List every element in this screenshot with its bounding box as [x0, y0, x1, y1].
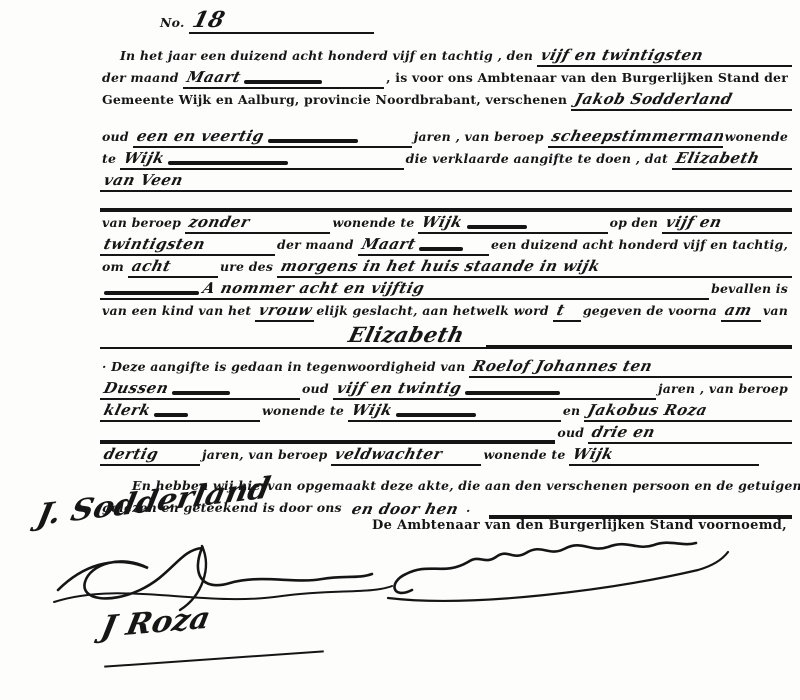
- p2-line1-print-a: oud: [100, 127, 133, 148]
- p4-line5-print-a: jaren, van beroep: [200, 445, 331, 466]
- child-name-slot: Elizabeth: [327, 323, 486, 349]
- official-signature-flourish: [382, 532, 732, 604]
- birth-month-value: Maart: [359, 235, 417, 254]
- ink-bar: [268, 139, 358, 143]
- p4-line2-print-a: oud: [300, 379, 333, 400]
- witness2-occupation-value: veldwachter: [333, 445, 445, 464]
- p4-line3-print-b: en: [561, 401, 584, 422]
- witness2-signature-underline: [104, 650, 324, 667]
- p2-line3: van Veen: [100, 171, 792, 192]
- witness1-surname-slot: Dussen: [100, 379, 300, 400]
- child-name-value: Elizabeth: [346, 323, 467, 347]
- document-body: No. 18 In het jaar een duizend acht hond…: [100, 8, 792, 520]
- certificate-number-line: No. 18: [100, 8, 792, 34]
- p4-line2: Dussen oud vijf en twintig jaren , van b…: [100, 379, 792, 400]
- declarant-residence-value: Wijk: [122, 149, 167, 168]
- witness2-name-slot: Jakobus Roza: [584, 401, 792, 422]
- blank-ruled-line: [100, 202, 792, 212]
- date-day-slot: vijf en twintigsten: [537, 46, 792, 67]
- p2-line1: oud een en veertig jaren , van beroep sc…: [100, 127, 792, 148]
- mother-occupation-slot: zonder: [185, 213, 330, 234]
- house-number-value: A nommer acht en vijftig: [201, 279, 427, 298]
- ink-bar: [396, 413, 476, 417]
- month-slot: Maart: [183, 68, 384, 89]
- witness2-age-value-part1: drie en: [590, 423, 658, 442]
- witness1-name-value: Roelof Johannes ten: [471, 357, 655, 376]
- ruled-line: [486, 345, 792, 349]
- p1-line1-print: In het jaar een duizend acht honderd vij…: [118, 46, 537, 67]
- ruled-line: [100, 440, 555, 444]
- p1-line2-print-a: der maand: [100, 68, 183, 89]
- p3-line2-print-b: een duizend acht honderd vijf en tachtig…: [489, 235, 792, 256]
- birth-day-continued-slot: twintigsten: [100, 235, 275, 256]
- witness1-residence-value: Wijk: [350, 401, 395, 420]
- word-suffix-slot: t: [553, 301, 581, 322]
- p3-line3-print-b: ure des: [218, 257, 277, 278]
- declarant-occupation-slot: scheepstimmerman: [548, 127, 723, 148]
- birth-hour-slot: acht: [128, 257, 218, 278]
- witness2-age-continued-slot: dertig: [100, 445, 200, 466]
- p2-line2-print-a: te: [100, 149, 120, 170]
- month-value: Maart: [184, 68, 242, 87]
- declarant-name-slot: Jakob Sodderland: [571, 90, 792, 111]
- witness1-signature-flourish: [52, 538, 397, 616]
- mother-residence-slot: Wijk: [418, 213, 607, 234]
- witness1-name-slot: Roelof Johannes ten: [469, 357, 792, 378]
- ink-bar: [104, 291, 199, 295]
- p3-line1-print-c: op den: [608, 213, 662, 234]
- p2-line2: te Wijk die verklaarde aangifte te doen …: [100, 149, 792, 170]
- p4-line3: klerk wonende te Wijk en Jakobus Roza: [100, 401, 792, 422]
- birth-place-value: morgens in het huis staande in wijk: [279, 257, 602, 276]
- birth-place-slot: morgens in het huis staande in wijk: [277, 257, 792, 278]
- p3-line1-print-a: van beroep: [100, 213, 185, 234]
- p2-line1-print-b: jaren , van beroep: [412, 127, 548, 148]
- p3-line6: Elizabeth: [100, 323, 792, 349]
- mother-firstname-slot: Elizabeth: [672, 149, 792, 170]
- declarant-age-slot: een en veertig: [133, 127, 412, 148]
- certificate-number-slot: 18: [189, 8, 374, 34]
- witness1-residence-slot: Wijk: [348, 401, 561, 422]
- ink-bar: [172, 391, 230, 395]
- witness1-occupation-value: klerk: [102, 401, 153, 420]
- child-sex-slot: vrouw: [255, 301, 314, 322]
- ink-bar: [244, 80, 322, 84]
- birth-certificate-document: No. 18 In het jaar een duizend acht hond…: [0, 0, 800, 700]
- p4-line2-print-b: jaren , van beroep: [656, 379, 792, 400]
- voornaam-suffix-slot: am: [721, 301, 761, 322]
- declarant-residence-slot: Wijk: [120, 149, 404, 170]
- p4-line1-print: · Deze aangifte is gedaan in tegenwoordi…: [100, 357, 469, 378]
- certificate-number-value: 18: [190, 8, 228, 32]
- signature-area: De Ambtenaar van den Burgerlijken Stand …: [0, 498, 800, 700]
- p2-line2-print-b: die verklaarde aangifte te doen , dat: [404, 149, 672, 170]
- p3-line1-print-b: wonende te: [330, 213, 418, 234]
- p3-line5-print-d: van: [761, 301, 792, 322]
- ink-bar: [465, 391, 560, 395]
- p3-line5: van een kind van het vrouw elijk geslach…: [100, 301, 792, 322]
- p1-line3: Gemeente Wijk en Aalburg, provincie Noor…: [100, 90, 792, 111]
- p4-line3-print-a: wonende te: [260, 401, 348, 422]
- declarant-occupation-value: scheepstimmerman: [549, 127, 722, 146]
- declarant-name-value: Jakob Sodderland: [573, 90, 735, 109]
- witness1-age-slot: vijf en twintig: [333, 379, 656, 400]
- witness2-residence-value: Wijk: [571, 445, 616, 464]
- ink-bar: [154, 413, 188, 417]
- p3-line5-print-b: elijk geslacht, aan hetwelk word: [314, 301, 553, 322]
- p4-line4-print: oud: [555, 423, 588, 444]
- word-suffix-value: t: [554, 301, 566, 320]
- p3-line3: om acht ure des morgens in het huis staa…: [100, 257, 792, 278]
- house-number-slot: A nommer acht en vijftig: [100, 279, 709, 300]
- p3-line2: twintigsten der maand Maart een duizend …: [100, 235, 792, 256]
- ruled-line: [100, 347, 327, 349]
- p2-line1-print-c: wonende: [723, 127, 792, 148]
- witness2-name-value: Jakobus Roza: [586, 401, 710, 420]
- voornaam-suffix-value: am: [723, 301, 754, 320]
- witness2-age-slot: drie en: [588, 423, 792, 444]
- p3-line1: van beroep zonder wonende te Wijk op den…: [100, 213, 792, 234]
- witness1-occupation-slot: klerk: [100, 401, 260, 422]
- birth-day-value-part1: vijf en: [664, 213, 724, 232]
- p4-line4: oud drie en: [100, 423, 792, 444]
- witness2-occupation-slot: veldwachter: [331, 445, 481, 466]
- mother-firstname-value: Elizabeth: [674, 149, 762, 168]
- child-sex-value: vrouw: [257, 301, 314, 320]
- birth-month-slot: Maart: [358, 235, 489, 256]
- p4-line1: · Deze aangifte is gedaan in tegenwoordi…: [100, 357, 792, 378]
- p4-line5: dertig jaren, van beroep veldwachter won…: [100, 445, 792, 466]
- birth-hour-value: acht: [130, 257, 173, 276]
- witness1-surname-value: Dussen: [102, 379, 171, 398]
- p1-line2-print-b: , is voor ons Ambtenaar van den Burgerli…: [384, 68, 792, 89]
- mother-residence-value: Wijk: [420, 213, 465, 232]
- mother-surname-slot: van Veen: [100, 171, 792, 192]
- ink-bar: [467, 225, 527, 229]
- ink-bar: [419, 247, 463, 251]
- p3-line4: A nommer acht en vijftig bevallen is: [100, 279, 792, 300]
- p1-line3-print: Gemeente Wijk en Aalburg, provincie Noor…: [100, 90, 571, 111]
- p3-line2-print-a: der maand: [275, 235, 358, 256]
- birth-day-value-part2: twintigsten: [102, 235, 208, 254]
- ruled-line: [100, 208, 792, 212]
- date-day-value: vijf en twintigsten: [539, 46, 706, 65]
- witness1-age-value: vijf en twintig: [334, 379, 463, 398]
- p3-line3-print-a: om: [100, 257, 128, 278]
- witness2-residence-slot: Wijk: [569, 445, 759, 466]
- p4-line5-print-b: wonende te: [481, 445, 569, 466]
- birth-day-slot: vijf en: [662, 213, 792, 234]
- p1-line1: In het jaar een duizend acht honderd vij…: [100, 46, 792, 67]
- p3-line4-print: bevallen is: [709, 279, 792, 300]
- certificate-number-label: No.: [158, 13, 189, 34]
- p3-line5-print-a: van een kind van het: [100, 301, 255, 322]
- mother-occupation-value: zonder: [187, 213, 252, 232]
- p1-line2: der maand Maart , is voor ons Ambtenaar …: [100, 68, 792, 89]
- p3-line5-print-c: gegeven de voorna: [581, 301, 721, 322]
- ink-bar: [168, 161, 288, 165]
- mother-surname-value: van Veen: [102, 171, 186, 190]
- witness2-age-value-part2: dertig: [102, 445, 161, 464]
- declarant-age-value: een en veertig: [134, 127, 265, 146]
- official-caption: De Ambtenaar van den Burgerlijken Stand …: [372, 518, 787, 533]
